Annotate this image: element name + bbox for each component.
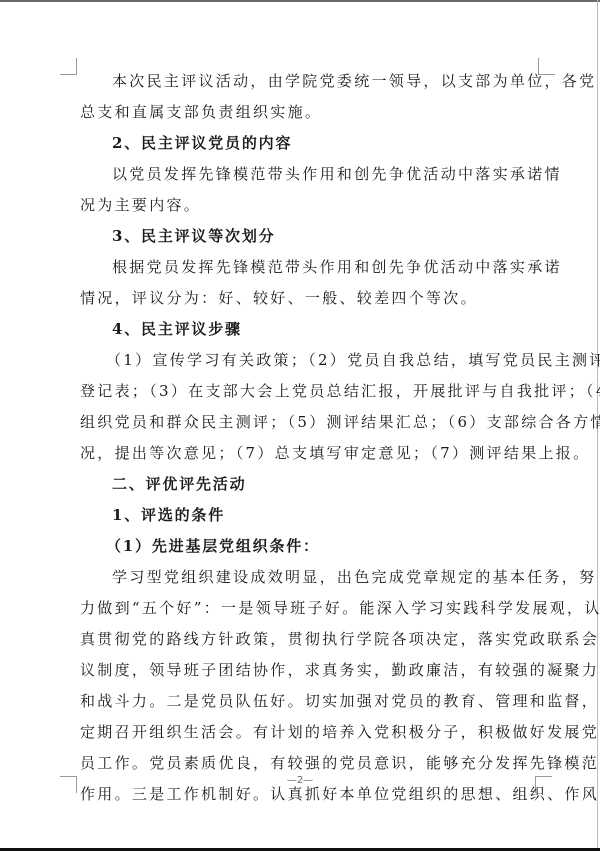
paragraph-line: 本次民主评议活动，由学院党委统一领导，以支部为单位，各党 [80,66,538,97]
paragraph-line: 情况，评议分为：好、较好、一般、较差四个等次。 [80,283,538,314]
paragraph-line: 力做到“五个好”：一是领导班子好。能深入学习实践科学发展观，认 [80,593,538,624]
chapter-heading: 二、评优评先活动 [80,469,538,500]
paragraph-line: 学习型党组织建设成效明显，出色完成党章规定的基本任务，努 [80,562,538,593]
paragraph-line: 和战斗力。二是党员队伍好。切实加强对党员的教育、管理和监督， [80,686,538,717]
margin-corner-top-left [60,58,77,75]
window-top-border [0,0,600,2]
subsection-heading: （1）先进基层党组织条件： [80,531,538,562]
paragraph-line: 议制度，领导班子团结协作，求真务实，勤政廉洁，有较强的凝聚力 [80,655,538,686]
paragraph-line: 总支和直属支部负责组织实施。 [80,97,538,128]
document-body: 本次民主评议活动，由学院党委统一领导，以支部为单位，各党 总支和直属支部负责组织… [80,66,538,810]
paragraph-line: 登记表；（3）在支部大会上党员总结汇报，开展批评与自我批评；（4） [80,376,538,407]
paragraph-line: 真贯彻党的路线方针政策，贯彻执行学院各项决定，落实党政联系会 [80,624,538,655]
paragraph-line: 组织党员和群众民主测评；（5）测评结果汇总；（6）支部综合各方情 [80,407,538,438]
paragraph-line: 以党员发挥先锋模范带头作用和创先争优活动中落实承诺情 [80,159,538,190]
section-heading: 2、民主评议党员的内容 [80,128,538,159]
page-number: —2— [0,775,600,786]
paragraph-line: （1）宣传学习有关政策；（2）党员自我总结，填写党员民主测评 [80,345,538,376]
paragraph-line: 况，提出等次意见；（7）总支填写审定意见；（7）测评结果上报。 [80,438,538,469]
section-heading: 3、民主评议等次划分 [80,221,538,252]
section-heading: 4、民主评议步骤 [80,314,538,345]
paragraph-line: 定期召开组织生活会。有计划的培养入党积极分子，积极做好发展党 [80,717,538,748]
section-heading: 1、评选的条件 [80,500,538,531]
paragraph-line: 况为主要内容。 [80,190,538,221]
paragraph-line: 根据党员发挥先锋模范带头作用和创先争优活动中落实承诺 [80,252,538,283]
